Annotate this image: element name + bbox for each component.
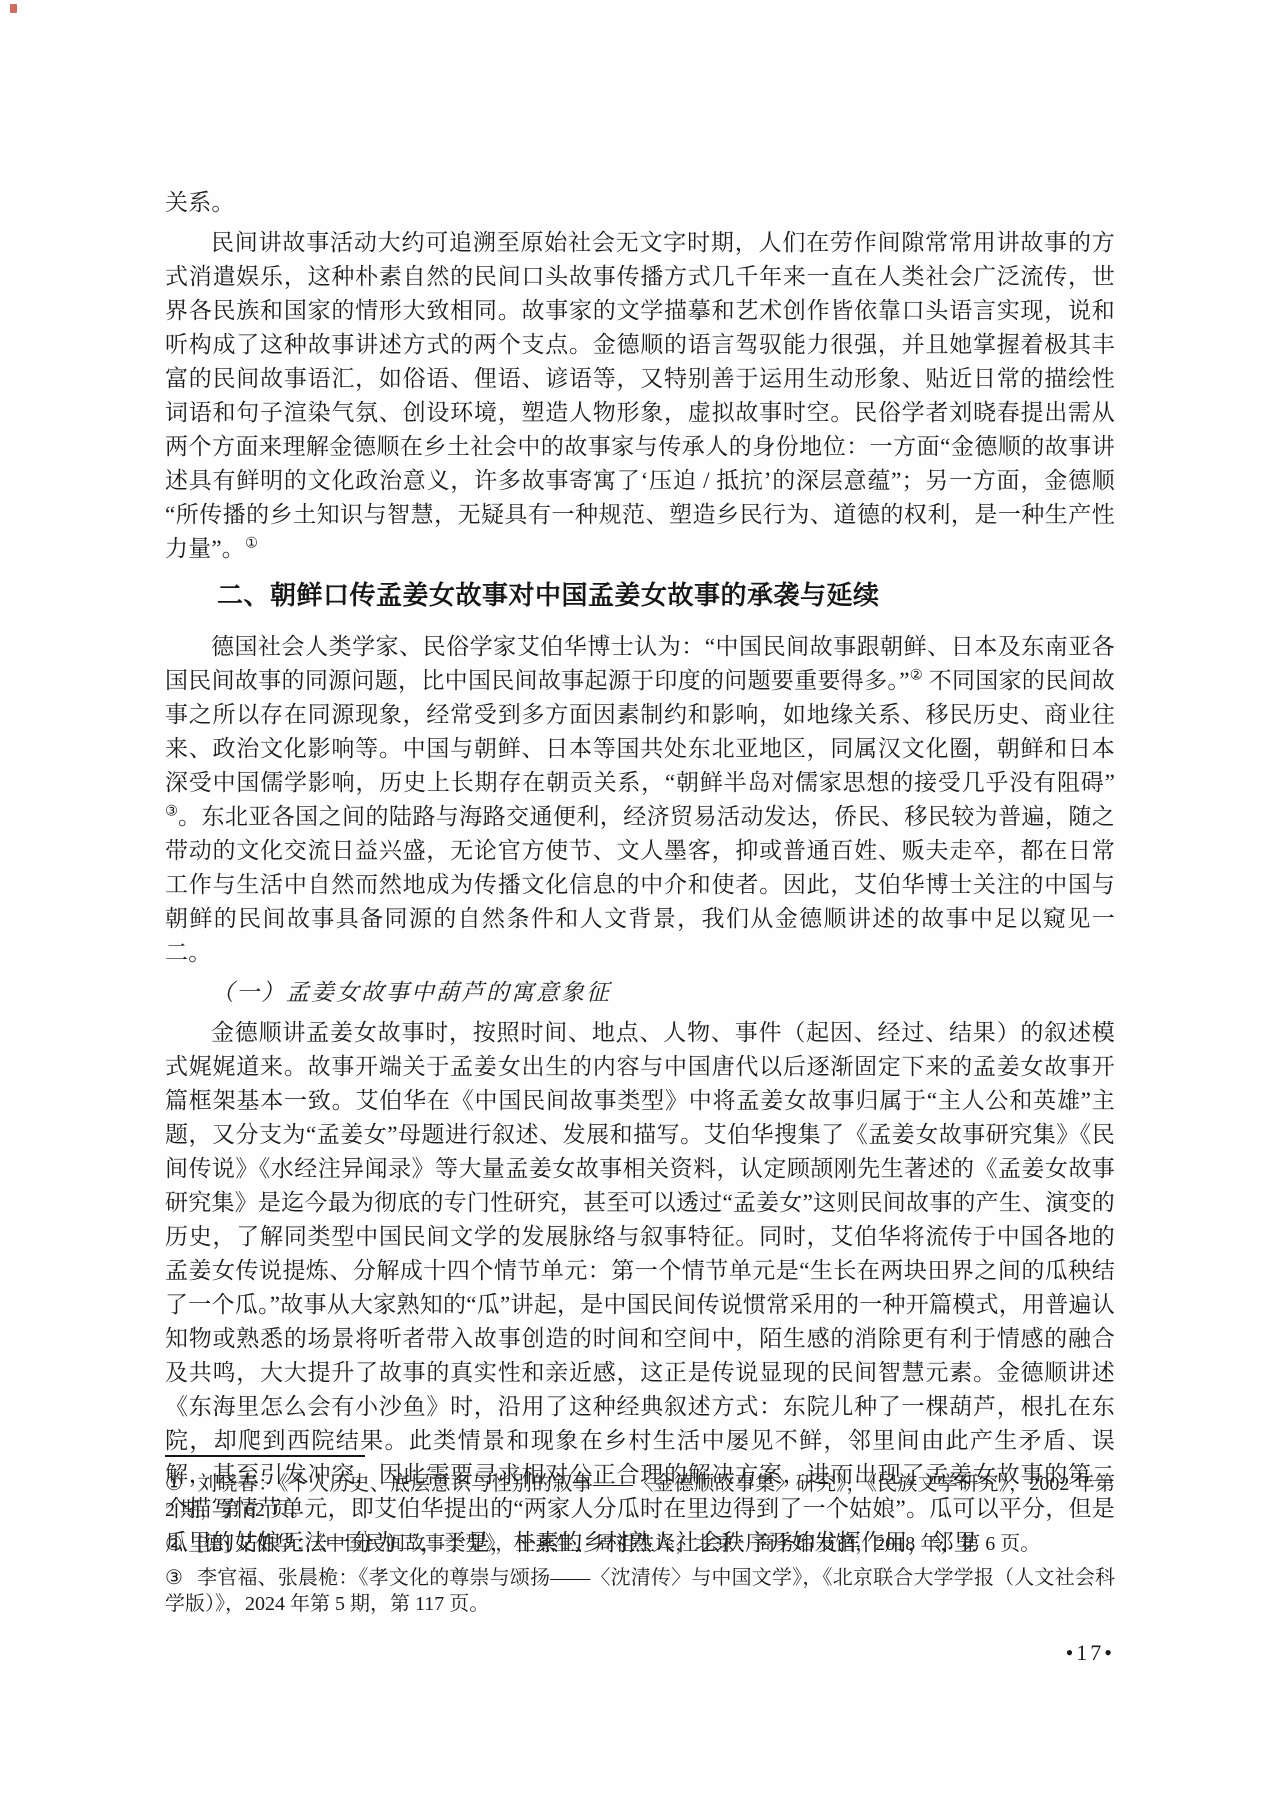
paragraph-carryover-fragment: 关系。 (165, 186, 1115, 220)
footnote-2-text: [德] 艾伯华：《中国民间故事类型》，王燕生、周祖生译，北京：商务印书馆，201… (197, 1533, 1040, 1555)
subsection-heading: （一）孟姜女故事中葫芦的寓意象征 (165, 976, 1115, 1010)
footnote-1-marker: ① (165, 1473, 197, 1495)
footnote-separator-rule (165, 1455, 365, 1457)
paragraph-eberhard-same-origin: 德国社会人类学家、民俗学家艾伯华博士认为：“中国民间故事跟朝鲜、日本及东南亚各国… (165, 630, 1115, 970)
footnote-1: ①刘晓春：《个人历史、底层意识与性别的叙事——〈金德顺故事集〉研究》，《民族文学… (165, 1471, 1115, 1523)
scan-artifact-dot (10, 4, 17, 13)
footnote-1-text: 刘晓春：《个人历史、底层意识与性别的叙事——〈金德顺故事集〉研究》，《民族文学研… (165, 1473, 1115, 1521)
page-number: •17• (1066, 1640, 1115, 1666)
footnote-2: ②[德] 艾伯华：《中国民间故事类型》，王燕生、周祖生译，北京：商务印书馆，20… (165, 1531, 1115, 1557)
footnote-3-text: 李官福、张晨桅：《孝文化的尊崇与颂扬——〈沈清传〉与中国文学》，《北京联合大学学… (165, 1567, 1115, 1615)
document-page: 关系。 民间讲故事活动大约可追溯至原始社会无文字时期，人们在劳作间隙常常用讲故事… (0, 0, 1279, 1794)
article-body: 关系。 民间讲故事活动大约可追溯至原始社会无文字时期，人们在劳作间隙常常用讲故事… (165, 186, 1115, 1560)
footnote-3: ③李官福、张晨桅：《孝文化的尊崇与颂扬——〈沈清传〉与中国文学》，《北京联合大学… (165, 1565, 1115, 1617)
footnotes-section: ①刘晓春：《个人历史、底层意识与性别的叙事——〈金德顺故事集〉研究》，《民族文学… (165, 1455, 1115, 1625)
paragraph-folk-storytelling: 民间讲故事活动大约可追溯至原始社会无文字时期，人们在劳作间隙常常用讲故事的方式消… (165, 226, 1115, 566)
footnote-3-marker: ③ (165, 1567, 197, 1589)
section-heading: 二、朝鲜口传孟姜女故事对中国孟姜女故事的承袭与延续 (165, 574, 1115, 616)
footnote-2-marker: ② (165, 1533, 197, 1555)
